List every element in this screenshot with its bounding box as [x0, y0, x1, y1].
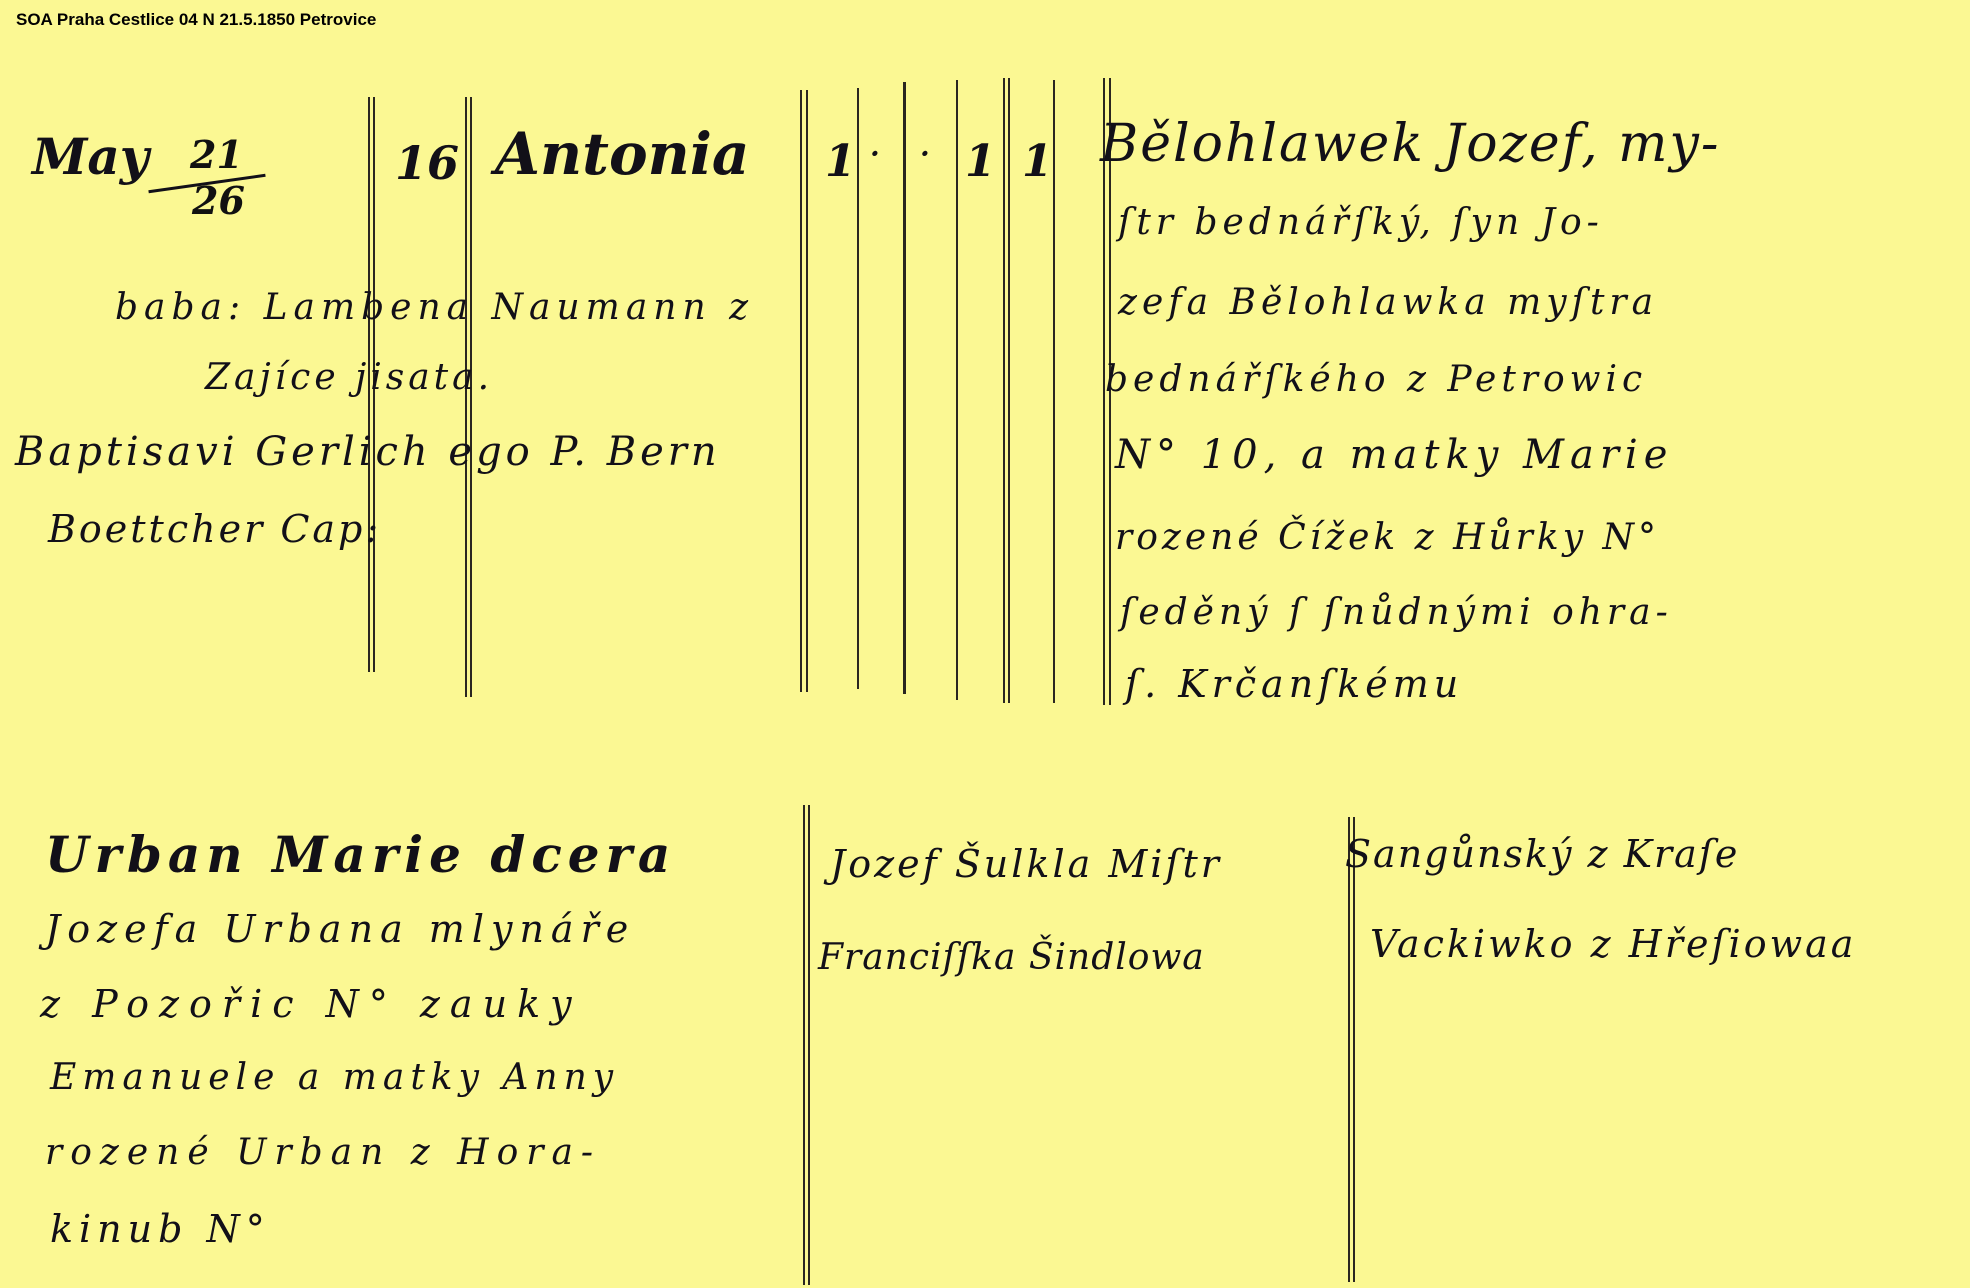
tally-mark: ·: [870, 140, 880, 168]
mother-line: Jozefa Urbana mlynáře: [45, 910, 635, 948]
column-rule: [808, 805, 810, 1285]
column-rule: [857, 88, 859, 689]
document-title: SOA Praha Cestlice 04 N 21.5.1850 Petrov…: [16, 10, 376, 30]
column-rule: [1008, 78, 1010, 703]
father-line: zefa Bělohlawka myſtra: [1118, 285, 1658, 321]
mother-line: kinub N°: [50, 1210, 271, 1248]
father-line: bednářſkého z Petrowic: [1105, 362, 1647, 398]
baptism-line: Baptisavi Gerlich ego P. Bern: [15, 432, 721, 472]
father-line: N° 10, a matky Marie: [1115, 435, 1673, 475]
father-line: ſeděný ſ ſnůdnými ohra-: [1120, 595, 1673, 631]
witness-line: Vackiwko z Hřeſiowaa: [1370, 925, 1856, 963]
godparent-line: Franciſſka Šindlowa: [818, 940, 1205, 976]
mother-line: Emanuele a matky Anny: [50, 1060, 619, 1096]
baptism-line: Boettcher Cap:: [48, 510, 381, 548]
column-rule: [1348, 817, 1350, 1282]
tally-mark: 1: [965, 140, 996, 184]
house-number: 16: [395, 140, 459, 186]
tally-mark: 1: [1022, 140, 1053, 184]
child-name: Antonia: [495, 125, 749, 183]
godparent-line: Jozef Šulkla Miſtr: [830, 845, 1222, 883]
midwife-line: Zajíce jisata.: [205, 360, 493, 396]
column-rule: [1053, 80, 1055, 703]
mother-line: Urban Marie dcera: [45, 830, 676, 880]
column-rule: [1003, 78, 1005, 703]
father-line: rozené Čížek z Hůrky N°: [1115, 520, 1660, 556]
witness-line: Sangůnský z Kraſe: [1345, 835, 1739, 873]
month: May: [32, 132, 149, 182]
column-rule: [800, 90, 802, 692]
day-baptism: 26: [192, 178, 245, 223]
tally-mark: ·: [920, 140, 930, 168]
column-rule: [806, 90, 808, 692]
midwife-line: baba: Lambena Naumann z: [115, 290, 754, 326]
tally-mark: 1: [825, 140, 856, 184]
father-line: ſ. Krčanſkému: [1125, 665, 1463, 703]
father-line: ſtr bednářſký, ſyn Jo-: [1118, 205, 1604, 241]
column-rule: [956, 80, 958, 700]
column-rule: [803, 805, 805, 1285]
father-line: Bělohlawek Jozef, my-: [1100, 118, 1720, 170]
day-birth: 21: [190, 132, 243, 177]
column-rule: [903, 82, 906, 694]
column-rule: [1353, 817, 1355, 1282]
mother-line: z Pozořic N° zauky: [40, 985, 582, 1023]
mother-line: rozené Urban z Hora-: [45, 1135, 601, 1171]
